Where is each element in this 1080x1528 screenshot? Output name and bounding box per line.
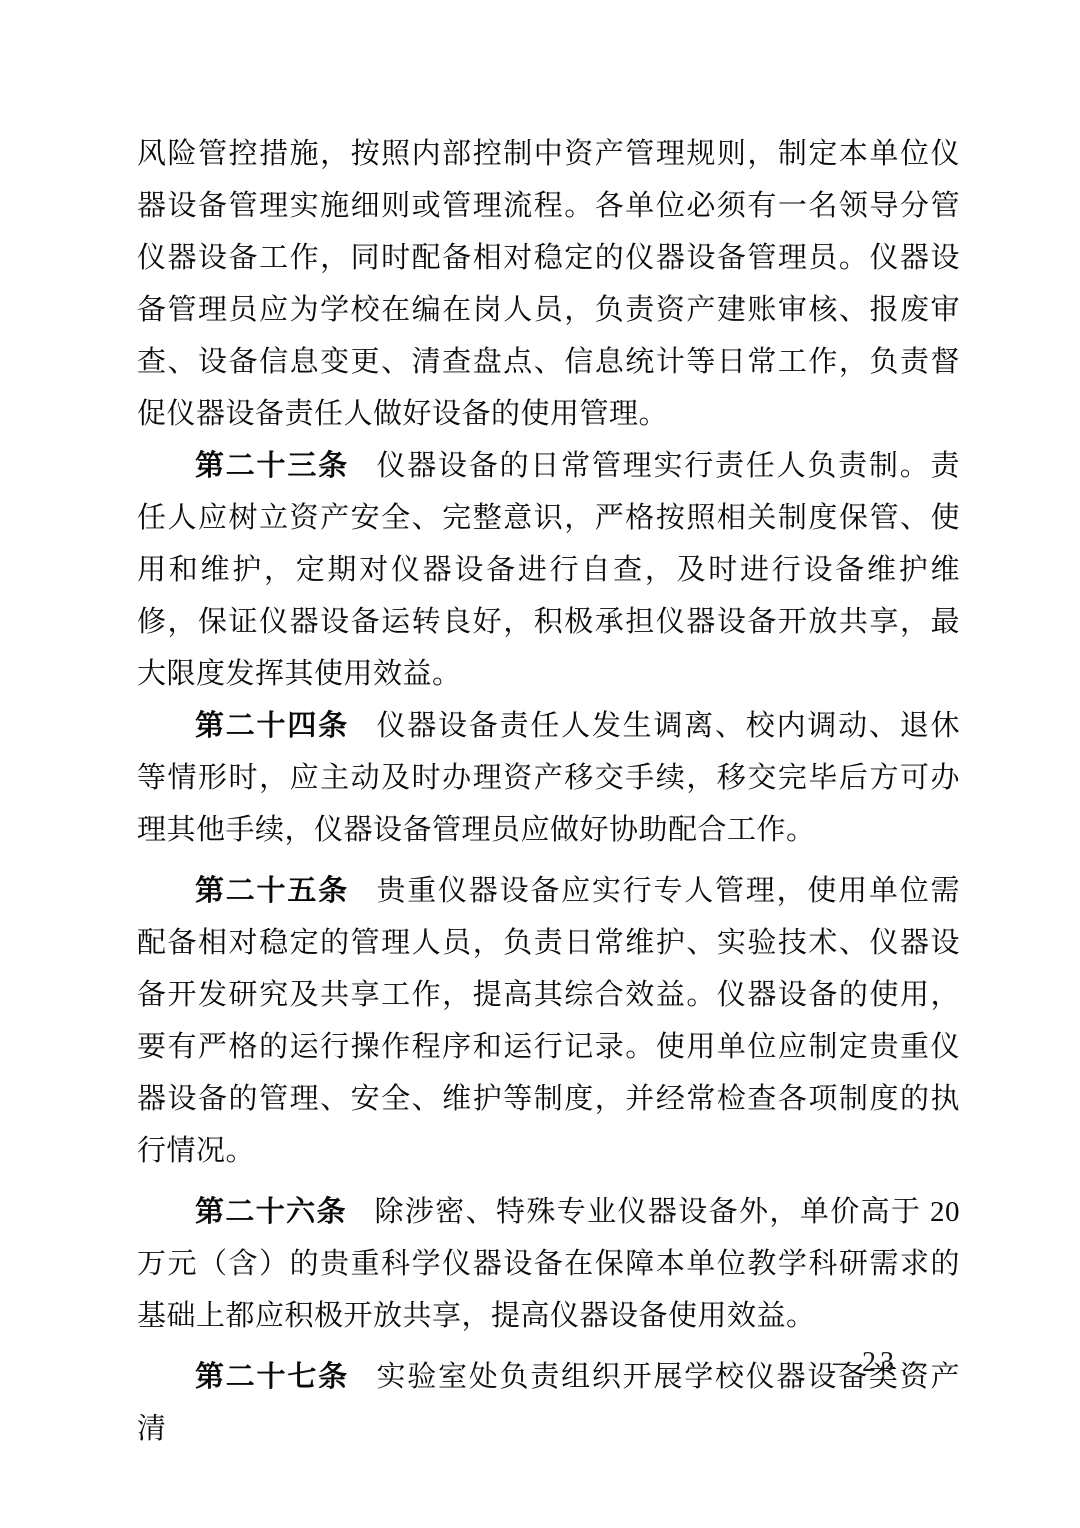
paragraph-article-25: 第二十五条贵重仪器设备应实行专人管理，使用单位需配备相对稳定的管理人员，负责日常… — [137, 865, 960, 1177]
document-body: 风险管控措施，按照内部控制中资产管理规则，制定本单位仪器设备管理实施细则或管理流… — [137, 128, 960, 1455]
document-page: 风险管控措施，按照内部控制中资产管理规则，制定本单位仪器设备管理实施细则或管理流… — [0, 0, 1080, 1528]
paragraph-article-23: 第二十三条仪器设备的日常管理实行责任人负责制。责任人应树立资产安全、完整意识，严… — [137, 440, 960, 700]
paragraph-article-24: 第二十四条仪器设备责任人发生调离、校内调动、退休等情形时，应主动及时办理资产移交… — [137, 700, 960, 856]
article-25-heading: 第二十五条 — [195, 875, 349, 907]
page-number: – 23 – — [790, 1346, 970, 1380]
article-26-heading: 第二十六条 — [195, 1196, 347, 1228]
article-23-heading: 第二十三条 — [195, 450, 349, 482]
paragraph-text: 仪器设备的日常管理实行责任人负责制。责任人应树立资产安全、完整意识，严格按照相关… — [137, 450, 960, 690]
article-27-heading: 第二十七条 — [195, 1361, 349, 1393]
article-24-heading: 第二十四条 — [195, 710, 349, 742]
paragraph-text: 风险管控措施，按照内部控制中资产管理规则，制定本单位仪器设备管理实施细则或管理流… — [137, 138, 960, 430]
paragraph-text: 贵重仪器设备应实行专人管理，使用单位需配备相对稳定的管理人员，负责日常维护、实验… — [137, 875, 960, 1167]
paragraph-article-26: 第二十六条除涉密、特殊专业仪器设备外，单价高于 20 万元（含）的贵重科学仪器设… — [137, 1186, 960, 1342]
paragraph-continuation: 风险管控措施，按照内部控制中资产管理规则，制定本单位仪器设备管理实施细则或管理流… — [137, 128, 960, 440]
